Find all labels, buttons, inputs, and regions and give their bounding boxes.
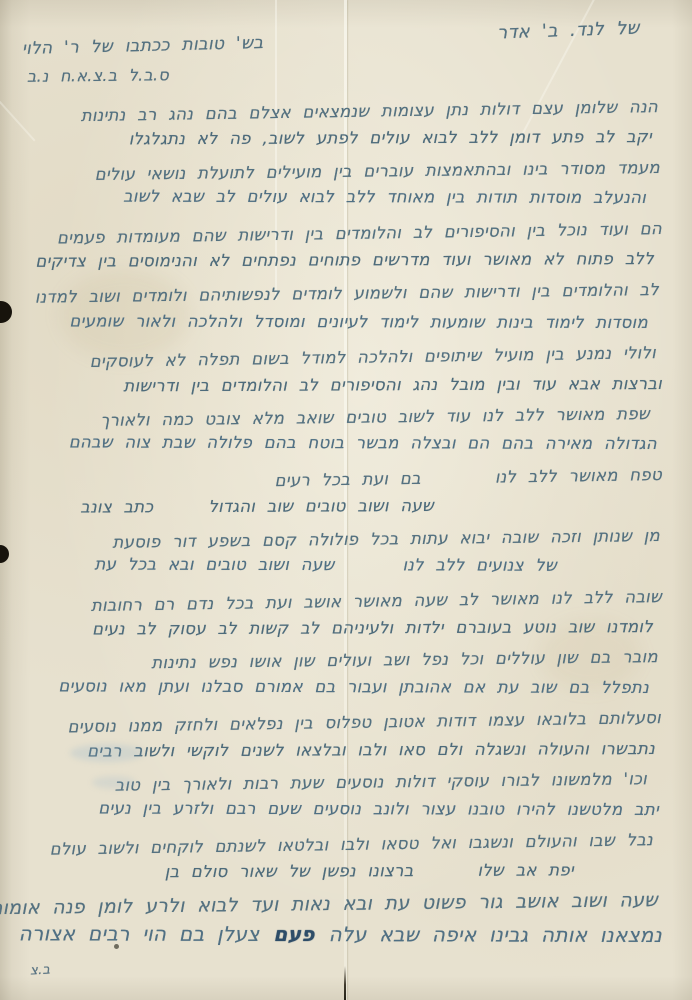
- ink-smudge: [92, 776, 136, 789]
- handwritten-line: נתפלל בם שוב עת אם אהובתן ועבור בם אמורם…: [16, 671, 662, 703]
- handwritten-line-emphasis: נמצאנו אותה גבינו איפה שבא עלה פעם צעלן …: [16, 916, 662, 953]
- signature-initials: ב.צ: [30, 962, 51, 978]
- handwritten-line: יקב לב פתע דומן ללב לבוא עולים לפתע לשוב…: [16, 122, 662, 155]
- hole-punch-mark-top: [0, 301, 12, 323]
- line-segment-left: שעה ושוב טובים ובא בכל עת: [94, 550, 334, 581]
- line-segment-right: שעה ושוב טובים שוב והגדול: [208, 491, 434, 522]
- hole-punch-mark-bottom: [0, 545, 9, 563]
- line-segment-right: של צנועים ללב לנו: [402, 550, 557, 581]
- handwritten-line-indented: שעה ושוב טובים שוב והגדול כתב צונב: [16, 490, 662, 523]
- address-line-1: בש' טובות ככתבו של ר' הלוי: [22, 33, 264, 59]
- handwritten-line-with-gap: של צנועים ללב לנו שעה ושוב טובים ובא בכל…: [16, 549, 662, 581]
- handwritten-line: יתב מלטשנו להירו טובנו עצור ולונב נוסעים…: [16, 793, 662, 825]
- handwritten-line: וברצות אבא עוד ובין מובל נהג והסיפורים ל…: [16, 369, 662, 402]
- handwritten-line-with-gap: יפת אב שלו ברצונו נפשן של שאור סולם בן: [16, 856, 662, 886]
- ink-smudge: [70, 744, 144, 762]
- line-segment-left: צעלן בם הוי רבים אצורה: [19, 916, 260, 952]
- letter-page: של לנד. ב' אדר בש' טובות ככתבו של ר' הלו…: [0, 0, 692, 1000]
- line-segment-left: כתב צונב: [80, 492, 153, 523]
- handwritten-line: ללב פתוח לא מאושר ועוד מדרשים פתוחים נפת…: [16, 244, 662, 277]
- line-segment-left: ברצונו נפשן של שאור סולם בן: [165, 857, 414, 885]
- line-segment-right: יפת אב שלו: [477, 856, 574, 883]
- line-segment-right: טפח מאושר ללב לנו: [495, 460, 663, 493]
- handwritten-line: והנעלב מוסדות תודות בין מאוחד ללב לבוא ע…: [16, 182, 662, 214]
- letter-body: הנה שלומן עצם דולות נתן עצומות שנמצאים א…: [16, 92, 662, 972]
- handwritten-line: מוסדות לימוד בינות שומעות לימוד לעיונים …: [16, 306, 662, 338]
- line-segment-right: נמצאנו אותה גבינו איפה שבא עלה: [329, 917, 662, 953]
- address-line-2: ס.ב.ל ב.צ.א.ח נ.ב: [27, 65, 169, 85]
- fold-crease-bottom-tick: [344, 966, 346, 1000]
- handwritten-line: הגדולה מאירה בהם הם ובצלה מבשר בוטח בהם …: [16, 428, 662, 460]
- handwritten-line: לומדנו שוב נוטע בעוברם ילדות ולעיניהם לב…: [16, 612, 662, 645]
- date-line: של לנד. ב' אדר: [497, 18, 640, 44]
- heavily-inked-word: פעם: [273, 916, 314, 951]
- paper-speck: [114, 944, 119, 949]
